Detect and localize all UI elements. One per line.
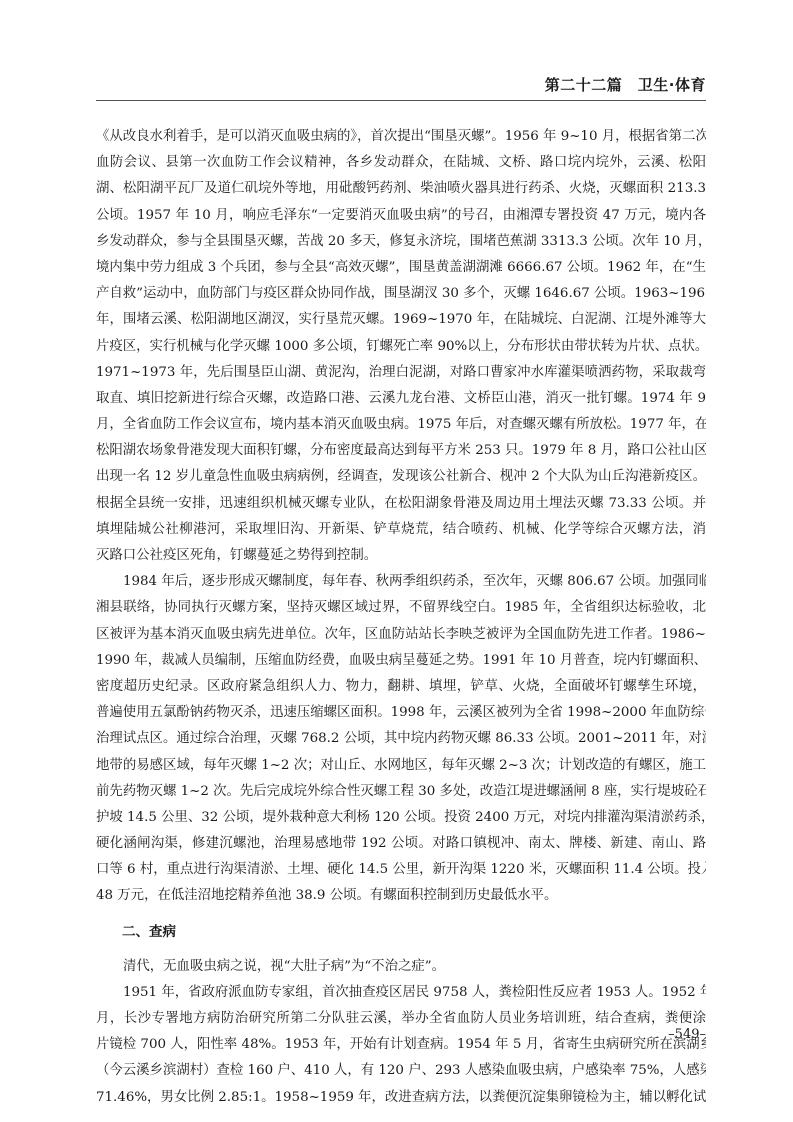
text-line: 1951 年，省政府派血防专家组，首次抽查疫区居民 9758 人，粪检阳性反应者… (96, 980, 706, 1006)
text-line: 密度超历史纪录。区政府紧急组织人力、物力，翻耕、填埋，铲草、火烧，全面破坏钉螺孳… (96, 674, 706, 700)
text-line: 松阳湖农场象骨港发现大面积钉螺，分布密度最高达到每平方米 253 只。1979 … (96, 438, 706, 464)
text-line: 口等 6 村，重点进行沟渠清淤、土埋、硬化 14.5 公里，新开沟渠 1220 … (96, 857, 706, 883)
paragraph-post-1984: 1984 年后，逐步形成灭螺制度，每年春、秋两季组织药杀，至次年，灭螺 806.… (96, 569, 706, 909)
section-heading: 二、查病 (122, 919, 706, 945)
chapter-title: 第二十二篇 卫生·体育 (545, 74, 706, 95)
paragraph-snail-control-history: 《从改良水利着手，是可以消灭血吸虫病的》，首次提出“围垦灭螺”。1956 年 9… (96, 124, 706, 569)
text-line: 清代，无血吸虫病之说，视“大肚子病”为“不治之症”。 (96, 954, 706, 980)
text-line: 片疫区，实行机械与化学灭螺 1000 多公顷，钉螺死亡率 90%以上，分布形状由… (96, 334, 706, 360)
text-line: 护坡 14.5 公里、32 公顷，堤外栽种意大利杨 120 公顷。投资 2400… (96, 805, 706, 831)
text-line: 公顷。1957 年 10 月，响应毛泽东“一定要消灭血吸虫病”的号召，由湘潭专署… (96, 203, 706, 229)
text-line: 乡发动群众，参与全县围垦灭螺，苦战 20 多天，修复永济垸，围堵芭蕉湖 3313… (96, 229, 706, 255)
text-line: 1984 年后，逐步形成灭螺制度，每年春、秋两季组织药杀，至次年，灭螺 806.… (96, 569, 706, 595)
text-line: 48 万元，在低洼沼地挖精养鱼池 38.9 公顷。有螺面积控制到历史最低水平。 (96, 883, 706, 909)
text-line: 取直、填旧挖新进行综合灭螺，改造路口港、云溪九龙台港、文桥臣山港，消灭一批钉螺。… (96, 386, 706, 412)
paragraph-qing-dynasty: 清代，无血吸虫病之说，视“大肚子病”为“不治之症”。 (96, 954, 706, 980)
text-line: 硬化涵闸沟渠，修建沉螺池，治理易感地带 192 公顷。对路口镇枧冲、南太、牌楼、… (96, 831, 706, 857)
text-line: 境内集中劳力组成 3 个兵团，参与全县“高效灭螺”，围垦黄盖湖湖滩 6666.6… (96, 255, 706, 281)
body-text: 《从改良水利着手，是可以消灭血吸虫病的》，首次提出“围垦灭螺”。1956 年 9… (96, 124, 706, 1111)
text-line: （今云溪乡滨湖村）查检 160 户、410 人，有 120 户、293 人感染血… (96, 1058, 706, 1084)
text-line: 年，围堵云溪、松阳湖地区湖汊，实行垦荒灭螺。1969~1970 年，在陆城垸、白… (96, 307, 706, 333)
text-line: 湖、松阳湖平瓦厂及道仁矶垸外等地，用砒酸钙药剂、柴油喷火器具进行药杀、火烧，灭螺… (96, 176, 706, 202)
page-number: –549– (0, 1027, 706, 1042)
running-header: 第二十二篇 卫生·体育 (96, 74, 706, 101)
text-line: 普遍使用五氯酚钠药物灭杀，迅速压缩螺区面积。1998 年，云溪区被列为全省 19… (96, 700, 706, 726)
text-line: 区被评为基本消灭血吸虫病先进单位。次年，区血防站站长李映芝被评为全国血防先进工作… (96, 622, 706, 648)
text-line: 71.46%，男女比例 2.85:1。1958~1959 年，改进查病方法，以粪… (96, 1085, 706, 1111)
text-line: 根据全县统一安排，迅速组织机械灭螺专业队，在松阳湖象骨港及周边用土埋法灭螺 73… (96, 491, 706, 517)
text-line: 地带的易感区域，每年灭螺 1~2 次；对山丘、水网地区，每年灭螺 2~3 次；计… (96, 753, 706, 779)
text-line: 产自救”运动中，血防部门与疫区群众协同作战，围垦湖汊 30 多个，灭螺 1646… (96, 281, 706, 307)
text-line: 血防会议、县第一次血防工作会议精神，各乡发动群众，在陆城、文桥、路口垸内垸外，云… (96, 150, 706, 176)
text-line: 1990 年，裁减人员编制，压缩血防经费，血吸虫病呈蔓延之势。1991 年 10… (96, 648, 706, 674)
text-line: 《从改良水利着手，是可以消灭血吸虫病的》，首次提出“围垦灭螺”。1956 年 9… (96, 124, 706, 150)
text-line: 月，全省血防工作会议宣布，境内基本消灭血吸虫病。1975 年后，对查螺灭螺有所放… (96, 412, 706, 438)
text-line: 填埋陆城公社柳港河，采取埋旧沟、开新渠、铲草烧荒，结合喷药、机械、化学等综合灭螺… (96, 517, 706, 543)
text-line: 灭路口公社疫区死角，钉螺蔓延之势得到控制。 (96, 543, 706, 569)
text-line: 湘县联络，协同执行灭螺方案，坚持灭螺区域过界，不留界线空白。1985 年，全省组… (96, 595, 706, 621)
text-line: 治理试点区。通过综合治理，灭螺 768.2 公顷，其中垸内药物灭螺 86.33 … (96, 726, 706, 752)
paragraph-1951-screening: 1951 年，省政府派血防专家组，首次抽查疫区居民 9758 人，粪检阳性反应者… (96, 980, 706, 1111)
text-line: 出现一名 12 岁儿童急性血吸虫病病例，经调查，发现该公社新合、枧冲 2 个大队… (96, 464, 706, 490)
text-line: 1971~1973 年，先后围垦臣山湖、黄泥沟，治理白泥湖，对路口曹家冲水库灌渠… (96, 360, 706, 386)
text-line: 前先药物灭螺 1~2 次。先后完成垸外综合性灭螺工程 30 多处，改造江堤进螺涵… (96, 779, 706, 805)
